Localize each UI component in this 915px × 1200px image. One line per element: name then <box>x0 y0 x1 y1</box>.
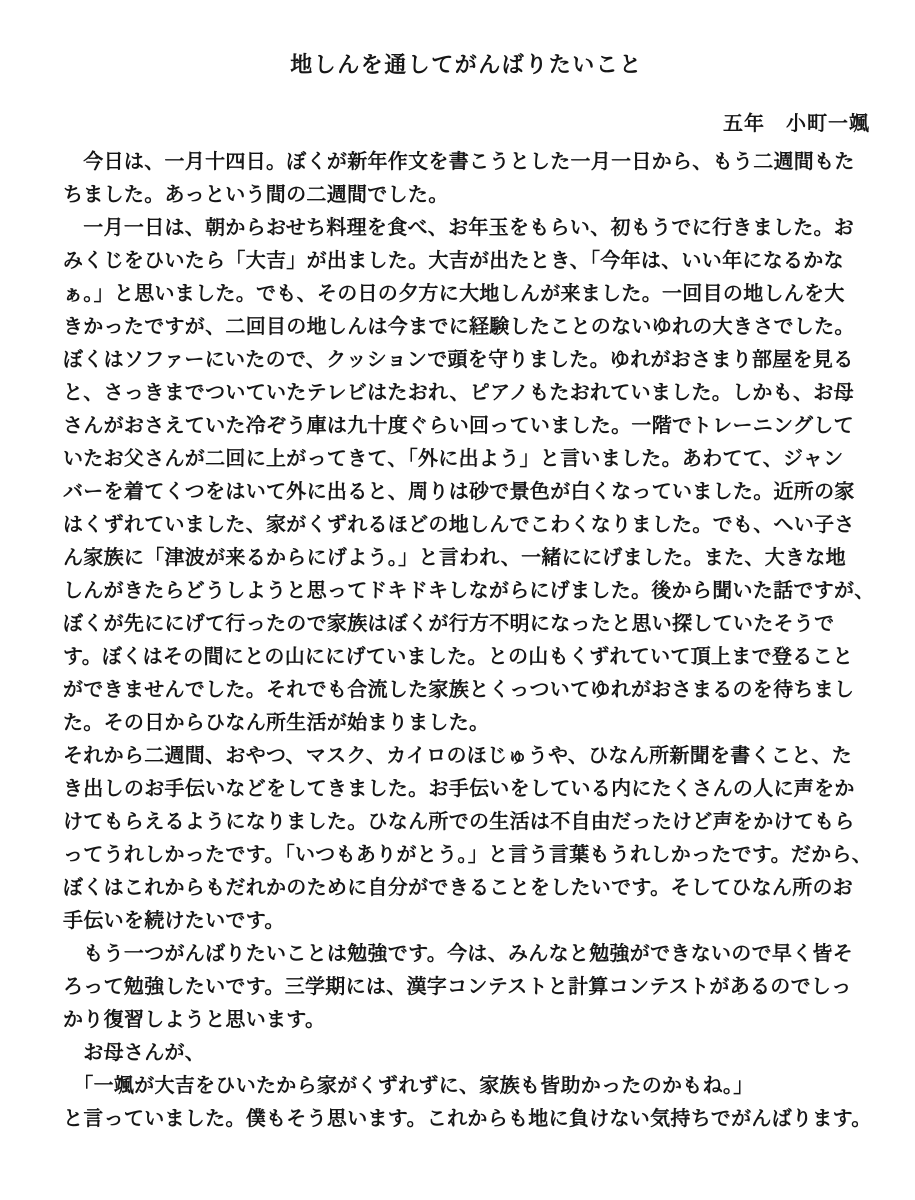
essay-line: けてもらえるようになりました。ひなん所での生活は不自由だったけど声をかけてもら <box>63 805 870 838</box>
essay-line: 手伝いを続けたいです。 <box>63 904 870 937</box>
essay-line: き出しのお手伝いなどをしてきました。お手伝いをしている内にたくさんの人に声をか <box>63 772 870 805</box>
essay-line: いたお父さんが二回に上がってきて、「外に出よう」と言いました。あわてて、ジャン <box>63 442 870 475</box>
essay-document-page: 地しんを通してがんばりたいこと 五年 小町一颯 今日は、一月十四日。ぼくが新年作… <box>0 0 915 1200</box>
essay-line: お母さんが、 <box>63 1036 870 1069</box>
essay-line: 今日は、一月十四日。ぼくが新年作文を書こうとした一月一日から、もう二週間もた <box>63 145 870 178</box>
essay-line: と、さっきまでついていたテレビはたおれ、ピアノもたおれていました。しかも、お母 <box>63 376 870 409</box>
essay-line: きかったですが、二回目の地しんは今までに経験したことのないゆれの大きさでした。 <box>63 310 870 343</box>
essay-line: ぼくが先ににげて行ったので家族はぼくが行方不明になったと思い探していたそうで <box>63 607 870 640</box>
essay-title: 地しんを通してがんばりたいこと <box>63 52 870 80</box>
essay-body: 今日は、一月十四日。ぼくが新年作文を書こうとした一月一日から、もう二週間もたちま… <box>63 145 870 1135</box>
essay-line: しんがきたらどうしようと思ってドキドキしながらにげました。後から聞いた話ですが、 <box>63 574 870 607</box>
essay-line: す。ぼくはその間にとの山ににげていました。との山もくずれていて頂上まで登ること <box>63 640 870 673</box>
essay-line: ってうれしかったです。「いつもありがとう。」と言う言葉もうれしかったです。だから… <box>63 838 870 871</box>
essay-line: かり復習しようと思います。 <box>63 1003 870 1036</box>
essay-line: と言っていました。僕もそう思います。これからも地に負けない気持ちでがんばります。 <box>63 1102 870 1135</box>
essay-line: 「一颯が大吉をひいたから家がくずれずに、家族も皆助かったのかもね。」 <box>63 1069 870 1102</box>
essay-line: はくずれていました、家がくずれるほどの地しんでこわくなりました。でも、へい子さ <box>63 508 870 541</box>
essay-line: それから二週間、おやつ、マスク、カイロのほじゅうや、ひなん所新聞を書くこと、た <box>63 739 870 772</box>
essay-line: ぁ。」と思いました。でも、その日の夕方に大地しんが来ました。一回目の地しんを大 <box>63 277 870 310</box>
essay-line: 一月一日は、朝からおせち料理を食べ、お年玉をもらい、初もうでに行きました。お <box>63 211 870 244</box>
essay-line: ろって勉強したいです。三学期には、漢字コンテストと計算コンテストがあるのでしっ <box>63 970 870 1003</box>
essay-line: もう一つがんばりたいことは勉強です。今は、みんなと勉強ができないので早く皆そ <box>63 937 870 970</box>
essay-line: みくじをひいたら「大吉」が出ました。大吉が出たとき、「今年は、いい年になるかな <box>63 244 870 277</box>
essay-author-line: 五年 小町一颯 <box>63 110 870 136</box>
essay-line: ぼくはソファーにいたので、クッションで頭を守りました。ゆれがおさまり部屋を見る <box>63 343 870 376</box>
essay-line: ちました。あっという間の二週間でした。 <box>63 178 870 211</box>
essay-line: ができませんでした。それでも合流した家族とくっついてゆれがおさまるのを待ちまし <box>63 673 870 706</box>
essay-line: さんがおさえていた冷ぞう庫は九十度ぐらい回っていました。一階でトレーニングして <box>63 409 870 442</box>
essay-line: た。その日からひなん所生活が始まりました。 <box>63 706 870 739</box>
essay-line: バーを着てくつをはいて外に出ると、周りは砂で景色が白くなっていました。近所の家 <box>63 475 870 508</box>
essay-line: ん家族に「津波が来るからにげよう。」と言われ、一緒ににげました。また、大きな地 <box>63 541 870 574</box>
essay-line: ぼくはこれからもだれかのために自分ができることをしたいです。そしてひなん所のお <box>63 871 870 904</box>
